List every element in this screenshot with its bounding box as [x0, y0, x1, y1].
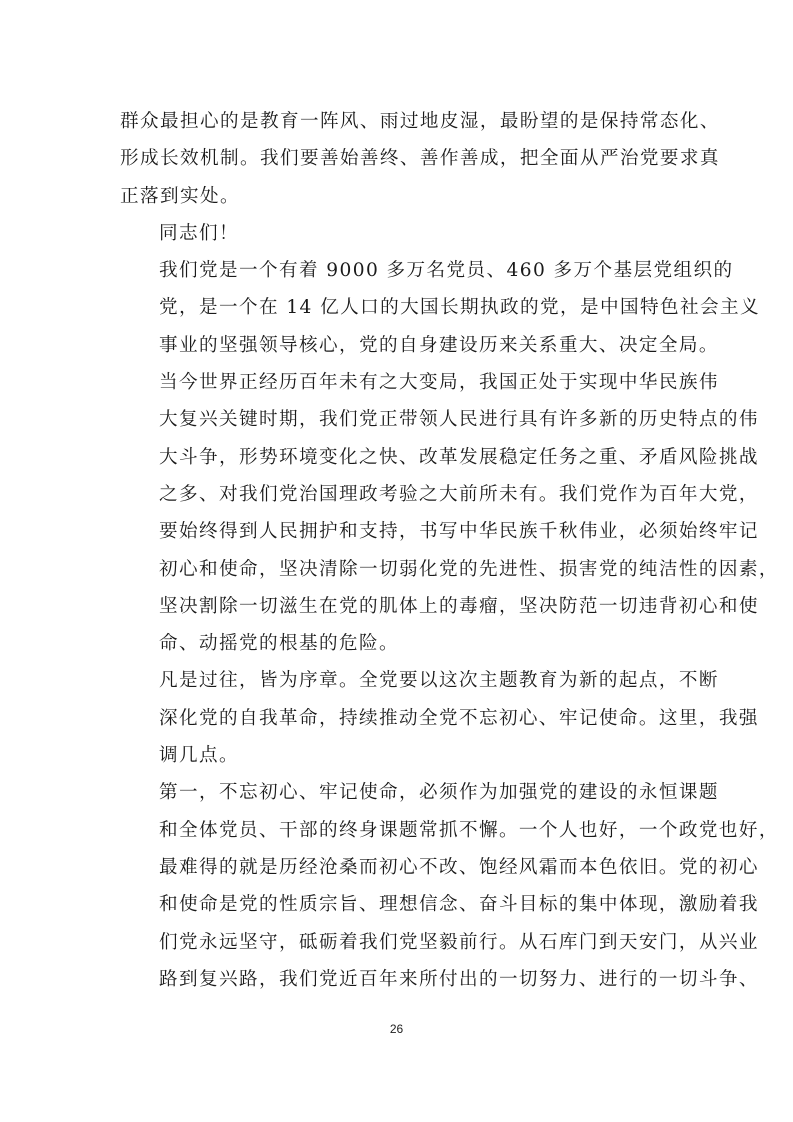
- document-page: 群众最担心的是教育一阵风、雨过地皮湿，最盼望的是保持常态化、形成长效机制。我们要…: [0, 0, 793, 1122]
- page-number: 26: [0, 1022, 793, 1036]
- text-line: 大斗争，形势环境变化之快、改革发展稳定任务之重、矛盾风险挑战: [120, 439, 676, 476]
- text-line: 正落到实处。: [120, 178, 676, 215]
- text-line: 最难得的就是历经沧桑而初心不改、饱经风霜而本色依旧。党的初心: [120, 849, 676, 886]
- text-line: 路到复兴路，我们党近百年来所付出的一切努力、进行的一切斗争、: [120, 961, 676, 998]
- text-line: 第一，不忘初心、牢记使命，必须作为加强党的建设的永恒课题: [120, 774, 676, 811]
- text-line: 深化党的自我革命，持续推动全党不忘初心、牢记使命。这里，我强: [120, 700, 676, 737]
- text-line: 同志们！: [120, 215, 676, 252]
- paragraph: 第一，不忘初心、牢记使命，必须作为加强党的建设的永恒课题和全体党员、干部的终身课…: [120, 774, 676, 998]
- text-line: 和全体党员、干部的终身课题常抓不懈。一个人也好，一个政党也好，: [120, 812, 676, 849]
- paragraph: 群众最担心的是教育一阵风、雨过地皮湿，最盼望的是保持常态化、形成长效机制。我们要…: [120, 103, 676, 215]
- text-line: 们党永远坚守，砥砺着我们党坚毅前行。从石库门到天安门，从兴业: [120, 924, 676, 961]
- document-body: 群众最担心的是教育一阵风、雨过地皮湿，最盼望的是保持常态化、形成长效机制。我们要…: [120, 103, 676, 998]
- text-line: 群众最担心的是教育一阵风、雨过地皮湿，最盼望的是保持常态化、: [120, 103, 676, 140]
- paragraph: 我们党是一个有着 9000 多万名党员、460 多万个基层党组织的党，是一个在 …: [120, 252, 676, 364]
- text-line: 我们党是一个有着 9000 多万名党员、460 多万个基层党组织的: [120, 252, 676, 289]
- text-line: 坚决割除一切滋生在党的肌体上的毒瘤，坚决防范一切违背初心和使: [120, 588, 676, 625]
- text-line: 凡是过往，皆为序章。全党要以这次主题教育为新的起点，不断: [120, 662, 676, 699]
- paragraph: 凡是过往，皆为序章。全党要以这次主题教育为新的起点，不断深化党的自我革命，持续推…: [120, 662, 676, 774]
- text-line: 和使命是党的性质宗旨、理想信念、奋斗目标的集中体现，激励着我: [120, 886, 676, 923]
- text-line: 之多、对我们党治国理政考验之大前所未有。我们党作为百年大党，: [120, 476, 676, 513]
- text-line: 事业的坚强领导核心，党的自身建设历来关系重大、决定全局。: [120, 327, 676, 364]
- text-line: 大复兴关键时期，我们党正带领人民进行具有许多新的历史特点的伟: [120, 401, 676, 438]
- text-line: 当今世界正经历百年未有之大变局，我国正处于实现中华民族伟: [120, 364, 676, 401]
- paragraph: 同志们！: [120, 215, 676, 252]
- text-line: 要始终得到人民拥护和支持，书写中华民族千秋伟业，必须始终牢记: [120, 513, 676, 550]
- text-line: 初心和使命，坚决清除一切弱化党的先进性、损害党的纯洁性的因素，: [120, 551, 676, 588]
- paragraph: 当今世界正经历百年未有之大变局，我国正处于实现中华民族伟大复兴关键时期，我们党正…: [120, 364, 676, 662]
- text-line: 党，是一个在 14 亿人口的大国长期执政的党，是中国特色社会主义: [120, 289, 676, 326]
- text-line: 命、动摇党的根基的危险。: [120, 625, 676, 662]
- text-line: 调几点。: [120, 737, 676, 774]
- text-line: 形成长效机制。我们要善始善终、善作善成，把全面从严治党要求真: [120, 140, 676, 177]
